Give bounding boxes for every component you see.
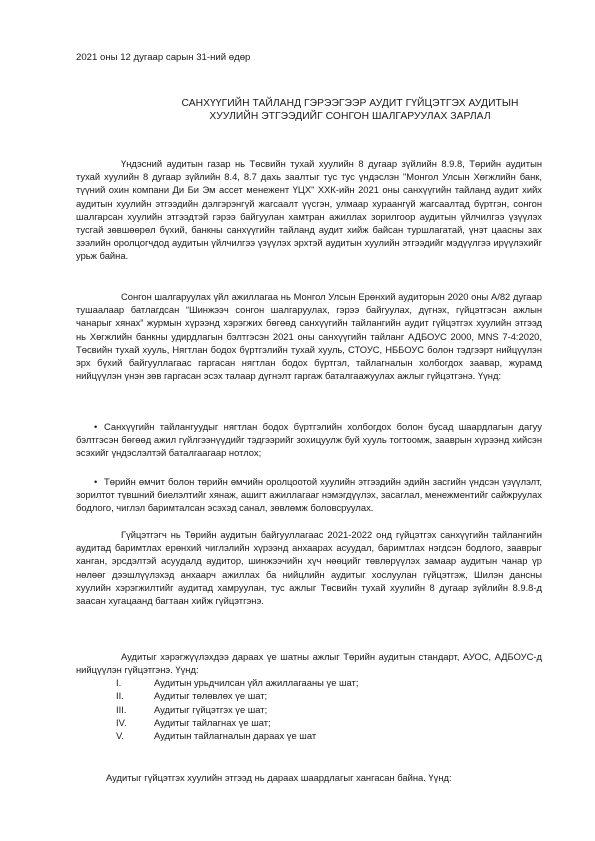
paragraph-requirements: Аудитыг гүйцэтгэх хуулийн этгээд нь дара… — [106, 771, 556, 784]
stage-item: II.Аудитыг төлөвлөх үе шат; — [116, 689, 358, 702]
bullet-list-2: •Төрийн өмчит болон төрийн өмчийн оролцо… — [76, 475, 542, 515]
stage-text: Аудитыг төлөвлөх үе шат; — [154, 689, 267, 702]
document-title: САНХҮҮГИЙН ТАЙЛАНД ГЭРЭЭГЭЭР АУДИТ ГҮЙЦЭ… — [150, 97, 550, 123]
stage-text: Аудитын тайлагналын дараах үе шат — [154, 729, 316, 742]
title-line-1: САНХҮҮГИЙН ТАЙЛАНД ГЭРЭЭГЭЭР АУДИТ ГҮЙЦЭ… — [150, 97, 550, 110]
title-line-2: ХУУЛИЙН ЭТГЭЭДИЙГ СОНГОН ШАЛГАРУУЛАХ ЗАР… — [150, 110, 550, 123]
stage-item: V.Аудитын тайлагналын дараах үе шат — [116, 729, 358, 742]
bullet-item: •Төрийн өмчит болон төрийн өмчийн оролцо… — [76, 475, 542, 515]
paragraph-stages-intro: Аудитыг хэрэгжүүлэхдээ дараах үе шатны а… — [76, 650, 542, 676]
bullet-icon: • — [94, 475, 104, 488]
stage-number: IV. — [116, 716, 154, 729]
document-page: 2021 оны 12 дугаар сарын 31-ний өдөр САН… — [0, 0, 595, 841]
stage-number: V. — [116, 729, 154, 742]
stage-item: IV.Аудитыг тайлагнах үе шат; — [116, 716, 358, 729]
stage-number: II. — [116, 689, 154, 702]
paragraph-intro: Үндэсний аудитын газар нь Төсвийн тухай … — [76, 157, 542, 263]
document-date: 2021 оны 12 дугаар сарын 31-ний өдөр — [76, 51, 250, 64]
stage-text: Аудитыг тайлагнах үе шат; — [154, 716, 271, 729]
audit-stages-list: I.Аудитын урьдчилсан үйл ажиллагааны үе … — [116, 676, 358, 742]
paragraph-selection-process: Сонгон шалгаруулах үйл ажиллагаа нь Монг… — [76, 290, 542, 382]
bullet-item: •Санхүүгийн тайлангуудыг нягтлан бодох б… — [76, 420, 542, 460]
bullet-list-1: •Санхүүгийн тайлангуудыг нягтлан бодох б… — [76, 420, 542, 460]
bullet-text: Санхүүгийн тайлангуудыг нягтлан бодох бү… — [76, 421, 542, 458]
bullet-text: Төрийн өмчит болон төрийн өмчийн оролцоо… — [76, 476, 542, 513]
paragraph-contractor: Гүйцэтгэгч нь Төрийн аудитын байгууллага… — [76, 528, 542, 607]
stage-number: III. — [116, 703, 154, 716]
stage-item: I.Аудитын урьдчилсан үйл ажиллагааны үе … — [116, 676, 358, 689]
stage-number: I. — [116, 676, 154, 689]
stage-item: III.Аудитыг гүйцэтгэх үе шат; — [116, 703, 358, 716]
stage-text: Аудитыг гүйцэтгэх үе шат; — [154, 703, 267, 716]
bullet-icon: • — [94, 420, 104, 433]
stage-text: Аудитын урьдчилсан үйл ажиллагааны үе ша… — [154, 676, 358, 689]
